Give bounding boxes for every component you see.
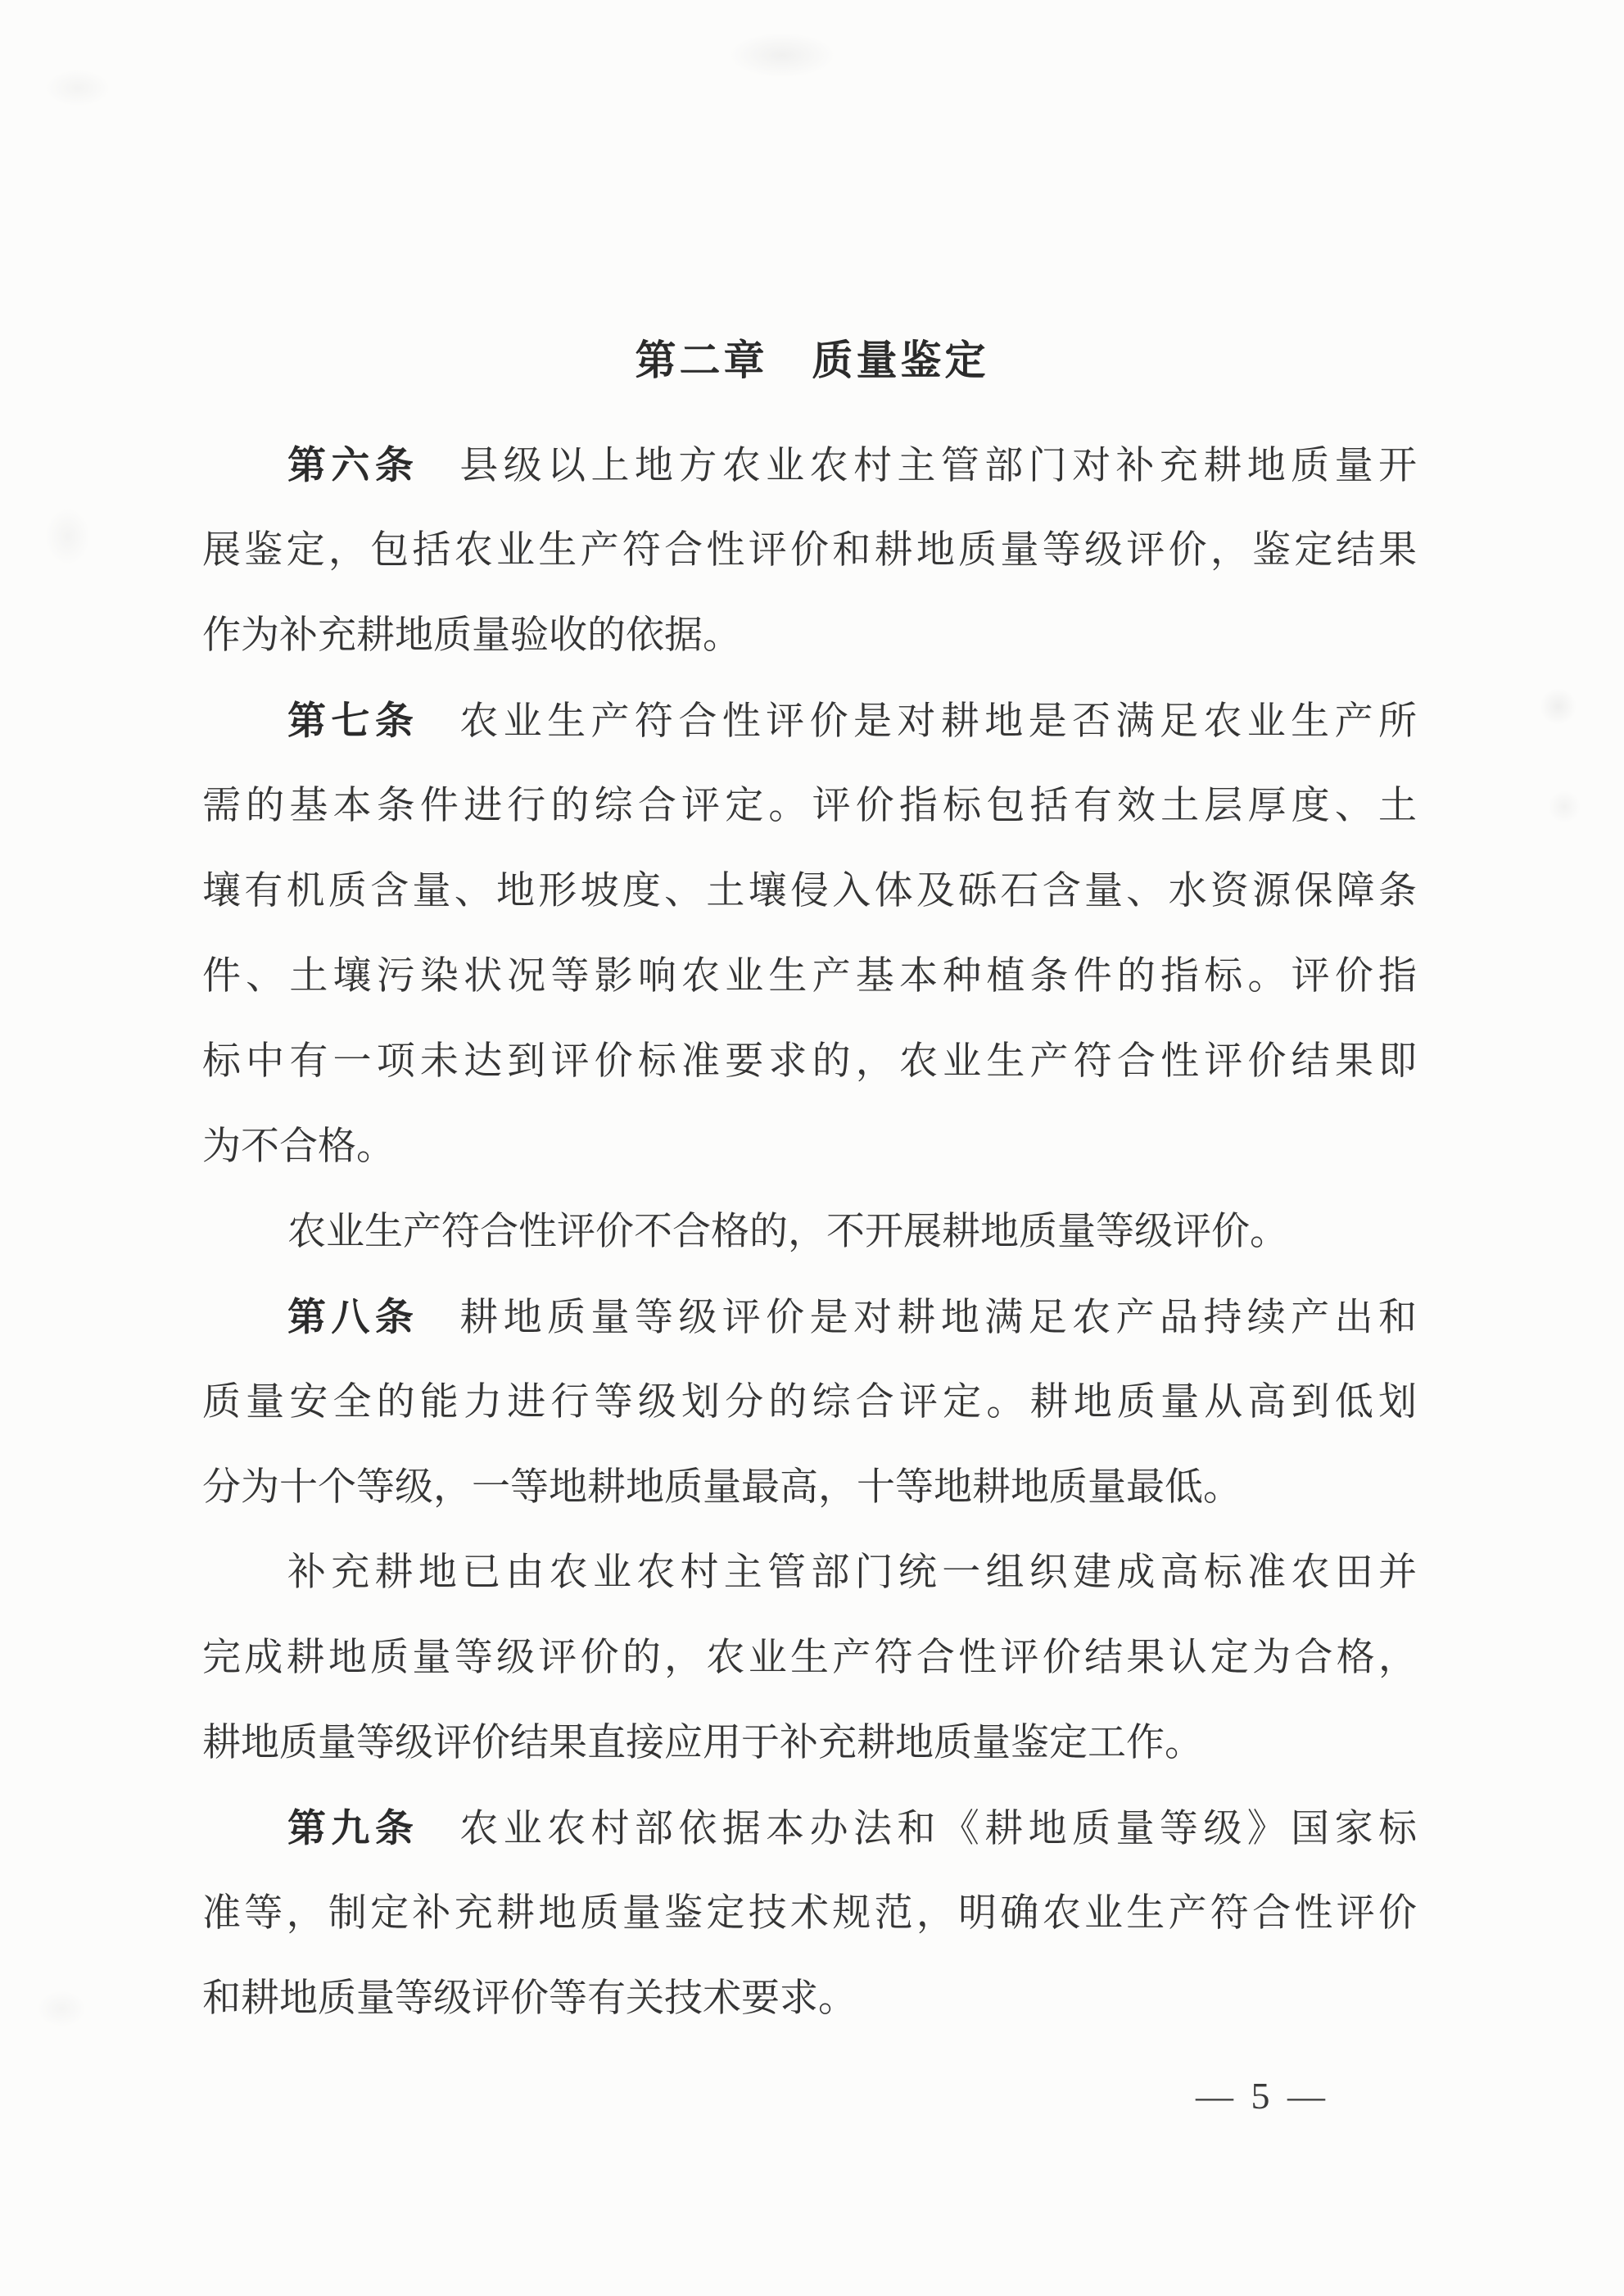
page-number: — 5 —	[1196, 2076, 1329, 2117]
body-line: 作为补充耕地质量验收的依据。	[202, 593, 1417, 678]
article-number: 第七条	[287, 699, 418, 742]
body-line: 需的基本条件进行的综合评定。评价指标包括有效土层厚度、土	[202, 763, 1417, 849]
body-line: 分为十个等级，一等地耕地质量最高，十等地耕地质量最低。	[202, 1445, 1417, 1530]
body-line: 耕地质量等级评价结果直接应用于补充耕地质量鉴定工作。	[202, 1700, 1417, 1786]
scan-smudge	[1540, 688, 1577, 725]
body-line: 第八条耕地质量等级评价是对耕地满足农产品持续产出和	[202, 1275, 1417, 1360]
body-line: 农业生产符合性评价不合格的，不开展耕地质量等级评价。	[202, 1189, 1417, 1275]
body-line: 壤有机质含量、地形坡度、土壤侵入体及砾石含量、水资源保障条	[202, 849, 1417, 934]
document-page: 第二章 质量鉴定 第六条县级以上地方农业农村主管部门对补充耕地质量开展鉴定，包括…	[0, 0, 1624, 2296]
scan-smudge	[729, 33, 835, 78]
body-line: 准等，制定补充耕地质量鉴定技术规范，明确农业生产符合性评价	[202, 1871, 1417, 1956]
body-line: 质量安全的能力进行等级划分的综合评定。耕地质量从高到低划	[202, 1360, 1417, 1445]
body-line: 为不合格。	[202, 1104, 1417, 1189]
body-line: 补充耕地已由农业农村主管部门统一组织建成高标准农田并	[202, 1530, 1417, 1615]
chapter-title: 第二章 质量鉴定	[0, 339, 1624, 382]
body-line: 展鉴定，包括农业生产符合性评价和耕地质量等级评价，鉴定结果	[202, 508, 1417, 593]
article-number: 第六条	[287, 443, 418, 487]
body-line: 完成耕地质量等级评价的，农业生产符合性评价结果认定为合格，	[202, 1615, 1417, 1700]
body-line: 标中有一项未达到评价标准要求的，农业生产符合性评价结果即	[202, 1019, 1417, 1104]
scan-smudge	[45, 70, 111, 106]
article-number: 第九条	[287, 1806, 418, 1850]
scan-smudge	[1548, 790, 1581, 823]
body-line: 第六条县级以上地方农业农村主管部门对补充耕地质量开	[202, 423, 1417, 508]
body-line: 和耕地质量等级评价等有关技术要求。	[202, 1956, 1417, 2041]
document-body: 第六条县级以上地方农业农村主管部门对补充耕地质量开展鉴定，包括农业生产符合性评价…	[202, 423, 1417, 2041]
scan-smudge	[45, 508, 90, 565]
body-line: 第九条农业农村部依据本办法和《耕地质量等级》国家标	[202, 1786, 1417, 1871]
body-line: 第七条农业生产符合性评价是对耕地是否满足农业生产所	[202, 678, 1417, 763]
article-number: 第八条	[287, 1295, 418, 1338]
scan-smudge	[37, 1990, 86, 2027]
body-line: 件、土壤污染状况等影响农业生产基本种植条件的指标。评价指	[202, 934, 1417, 1019]
